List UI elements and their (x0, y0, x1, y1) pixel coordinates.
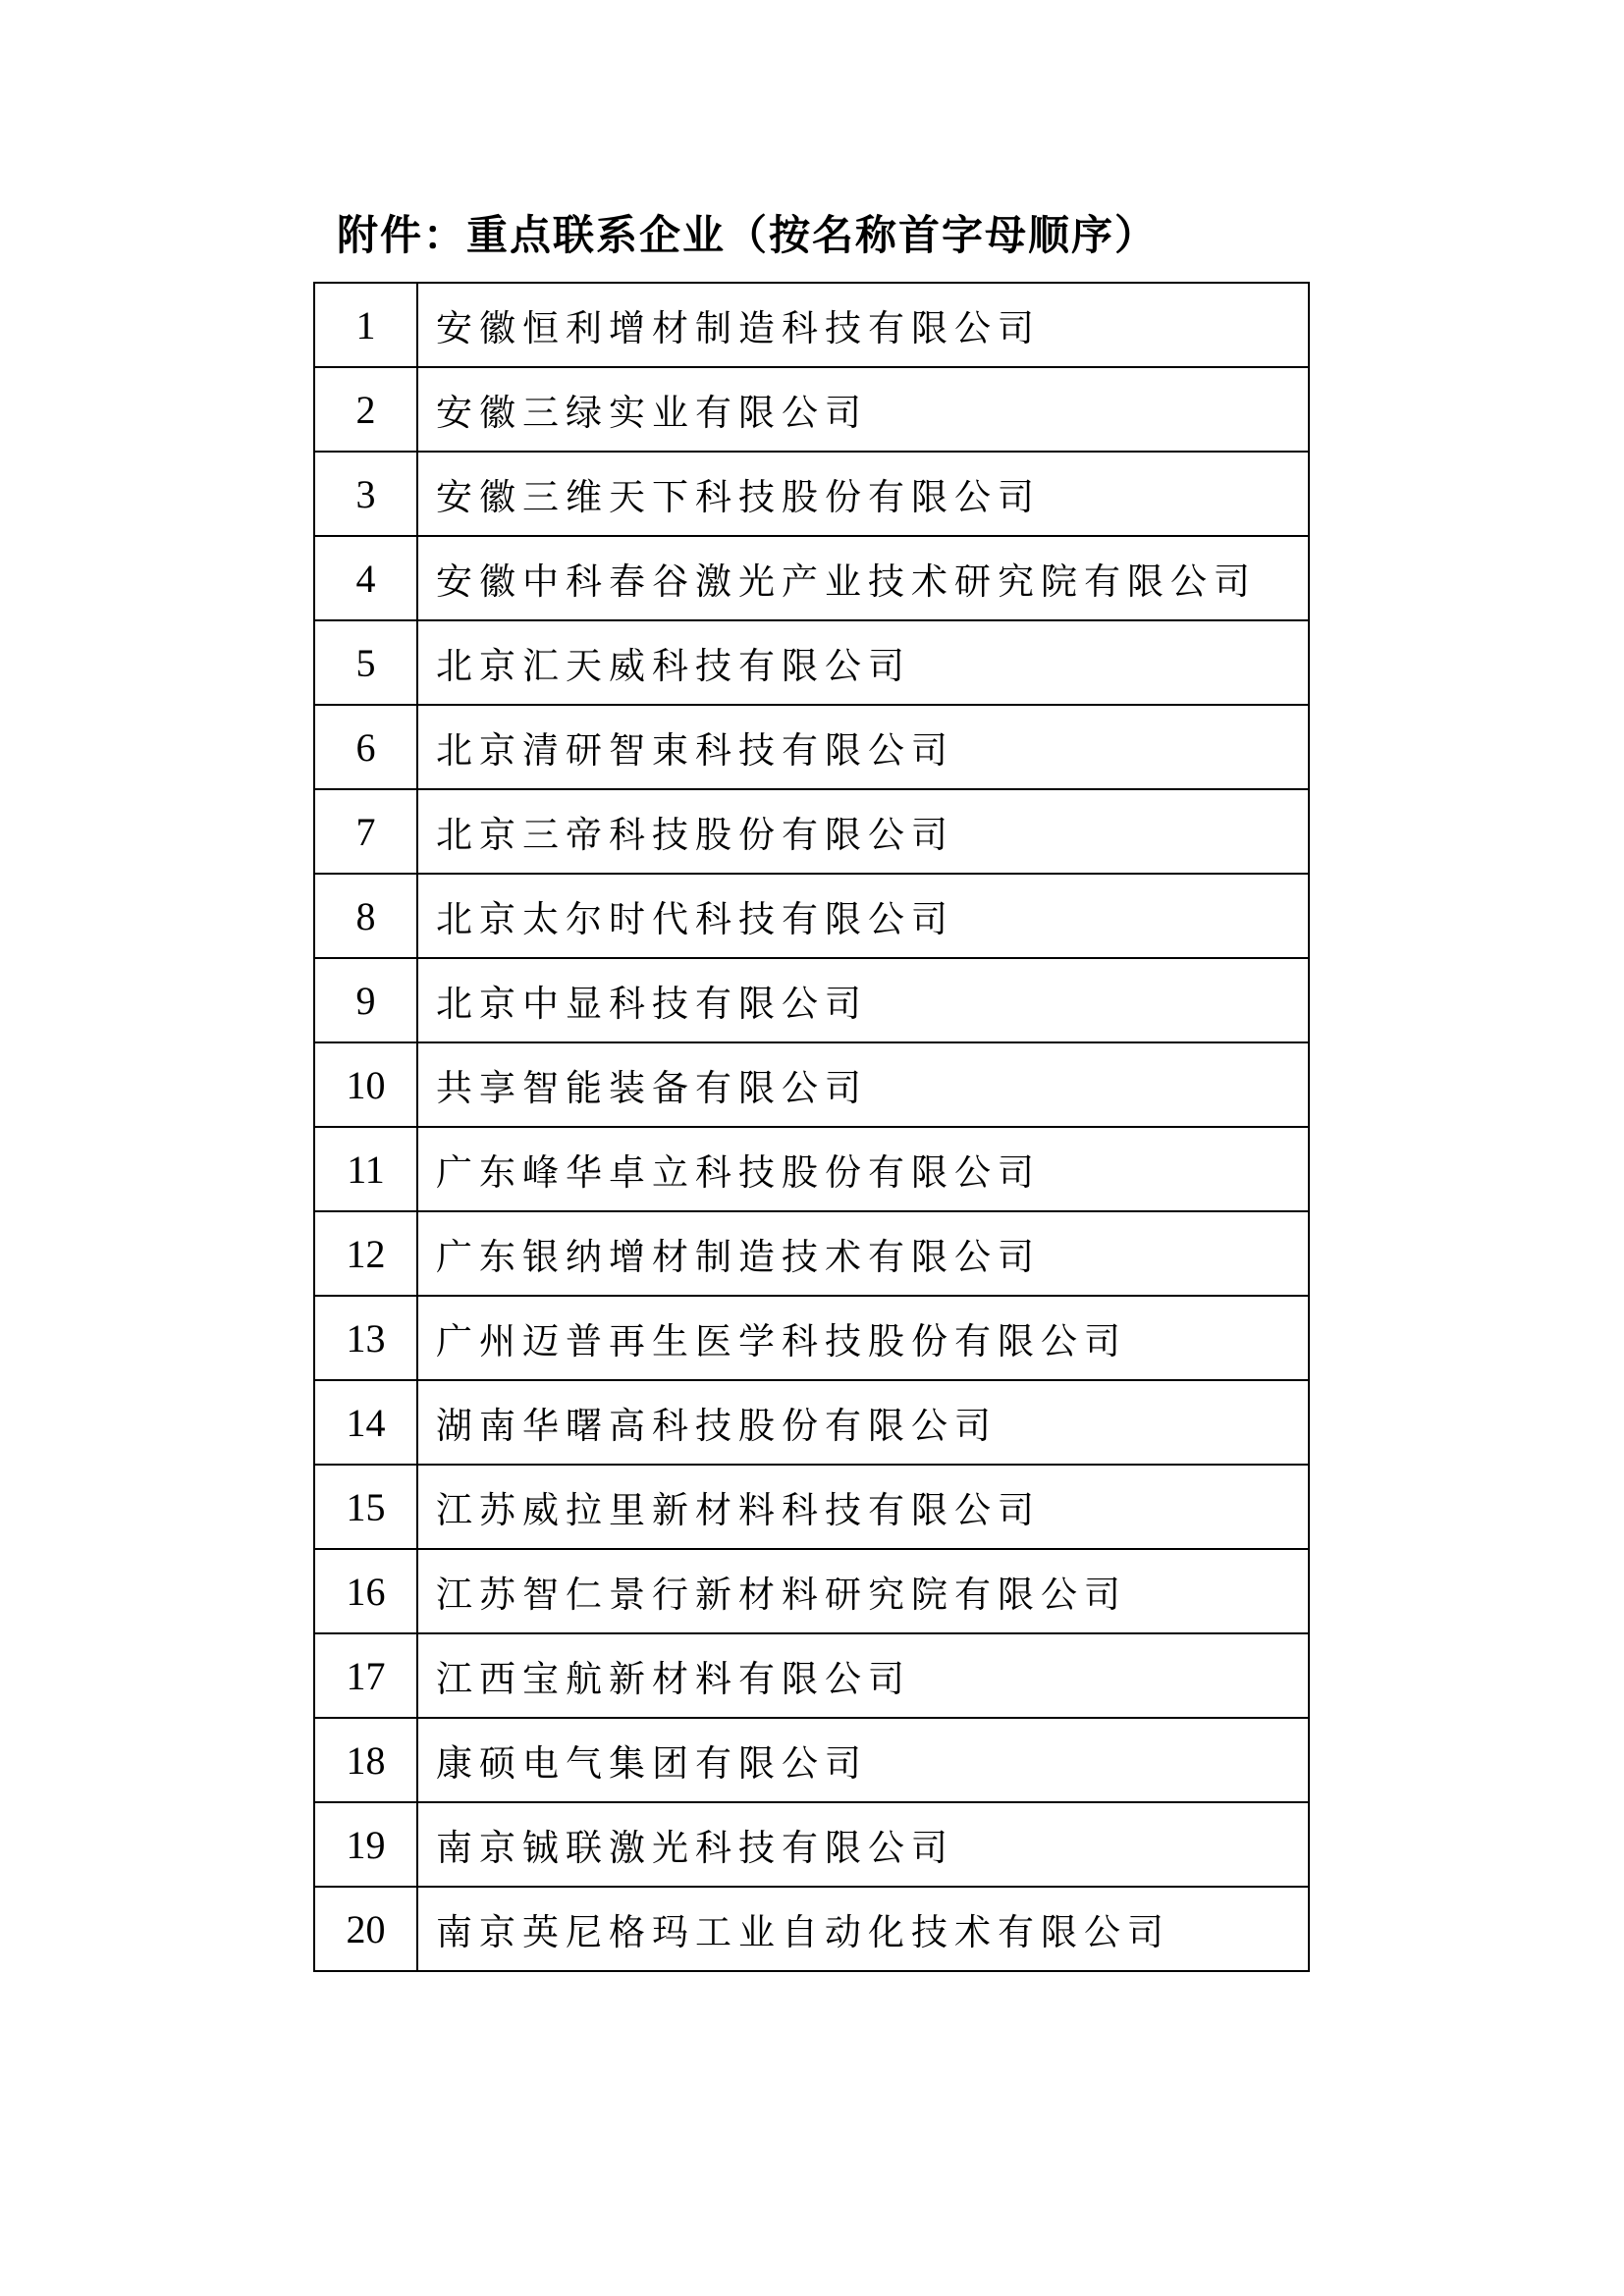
table-row: 7北京三帝科技股份有限公司 (314, 789, 1309, 874)
table-row: 19南京铖联激光科技有限公司 (314, 1802, 1309, 1887)
table-body: 1安徽恒利增材制造科技有限公司2安徽三绿实业有限公司3安徽三维天下科技股份有限公… (314, 283, 1309, 1971)
table-row: 5北京汇天威科技有限公司 (314, 620, 1309, 705)
row-number: 19 (314, 1802, 417, 1887)
row-number: 7 (314, 789, 417, 874)
row-number: 2 (314, 367, 417, 452)
row-number: 15 (314, 1465, 417, 1549)
row-number: 4 (314, 536, 417, 620)
row-number: 8 (314, 874, 417, 958)
table-row: 20南京英尼格玛工业自动化技术有限公司 (314, 1887, 1309, 1971)
company-name: 湖南华曙高科技股份有限公司 (417, 1380, 1309, 1465)
row-number: 14 (314, 1380, 417, 1465)
row-number: 5 (314, 620, 417, 705)
row-number: 12 (314, 1211, 417, 1296)
table-row: 15江苏威拉里新材料科技有限公司 (314, 1465, 1309, 1549)
table-row: 3安徽三维天下科技股份有限公司 (314, 452, 1309, 536)
row-number: 17 (314, 1633, 417, 1718)
company-name: 广州迈普再生医学科技股份有限公司 (417, 1296, 1309, 1380)
company-table: 1安徽恒利增材制造科技有限公司2安徽三绿实业有限公司3安徽三维天下科技股份有限公… (313, 282, 1310, 1972)
row-number: 6 (314, 705, 417, 789)
company-name: 安徽中科春谷激光产业技术研究院有限公司 (417, 536, 1309, 620)
page-title: 附件：重点联系企业（按名称首字母顺序） (337, 206, 1158, 265)
company-name: 南京英尼格玛工业自动化技术有限公司 (417, 1887, 1309, 1971)
company-name: 北京三帝科技股份有限公司 (417, 789, 1309, 874)
table-row: 16江苏智仁景行新材料研究院有限公司 (314, 1549, 1309, 1633)
table-row: 17江西宝航新材料有限公司 (314, 1633, 1309, 1718)
company-name: 安徽三绿实业有限公司 (417, 367, 1309, 452)
table-row: 4安徽中科春谷激光产业技术研究院有限公司 (314, 536, 1309, 620)
company-name: 广东峰华卓立科技股份有限公司 (417, 1127, 1309, 1211)
row-number: 11 (314, 1127, 417, 1211)
row-number: 10 (314, 1042, 417, 1127)
row-number: 16 (314, 1549, 417, 1633)
company-name: 安徽恒利增材制造科技有限公司 (417, 283, 1309, 367)
row-number: 20 (314, 1887, 417, 1971)
table-row: 1安徽恒利增材制造科技有限公司 (314, 283, 1309, 367)
table-row: 18康硕电气集团有限公司 (314, 1718, 1309, 1802)
table-row: 13广州迈普再生医学科技股份有限公司 (314, 1296, 1309, 1380)
company-name: 北京太尔时代科技有限公司 (417, 874, 1309, 958)
company-name: 康硕电气集团有限公司 (417, 1718, 1309, 1802)
table-row: 8北京太尔时代科技有限公司 (314, 874, 1309, 958)
row-number: 1 (314, 283, 417, 367)
row-number: 3 (314, 452, 417, 536)
table-row: 9北京中显科技有限公司 (314, 958, 1309, 1042)
company-name: 安徽三维天下科技股份有限公司 (417, 452, 1309, 536)
table-row: 6北京清研智束科技有限公司 (314, 705, 1309, 789)
row-number: 13 (314, 1296, 417, 1380)
table-row: 2安徽三绿实业有限公司 (314, 367, 1309, 452)
company-name: 江苏威拉里新材料科技有限公司 (417, 1465, 1309, 1549)
company-name: 北京清研智束科技有限公司 (417, 705, 1309, 789)
company-name: 北京中显科技有限公司 (417, 958, 1309, 1042)
table-row: 12广东银纳增材制造技术有限公司 (314, 1211, 1309, 1296)
company-name: 广东银纳增材制造技术有限公司 (417, 1211, 1309, 1296)
company-name: 共享智能装备有限公司 (417, 1042, 1309, 1127)
row-number: 9 (314, 958, 417, 1042)
table-row: 14湖南华曙高科技股份有限公司 (314, 1380, 1309, 1465)
row-number: 18 (314, 1718, 417, 1802)
company-name: 南京铖联激光科技有限公司 (417, 1802, 1309, 1887)
company-name: 江苏智仁景行新材料研究院有限公司 (417, 1549, 1309, 1633)
table-row: 11广东峰华卓立科技股份有限公司 (314, 1127, 1309, 1211)
company-name: 北京汇天威科技有限公司 (417, 620, 1309, 705)
table-row: 10共享智能装备有限公司 (314, 1042, 1309, 1127)
company-name: 江西宝航新材料有限公司 (417, 1633, 1309, 1718)
